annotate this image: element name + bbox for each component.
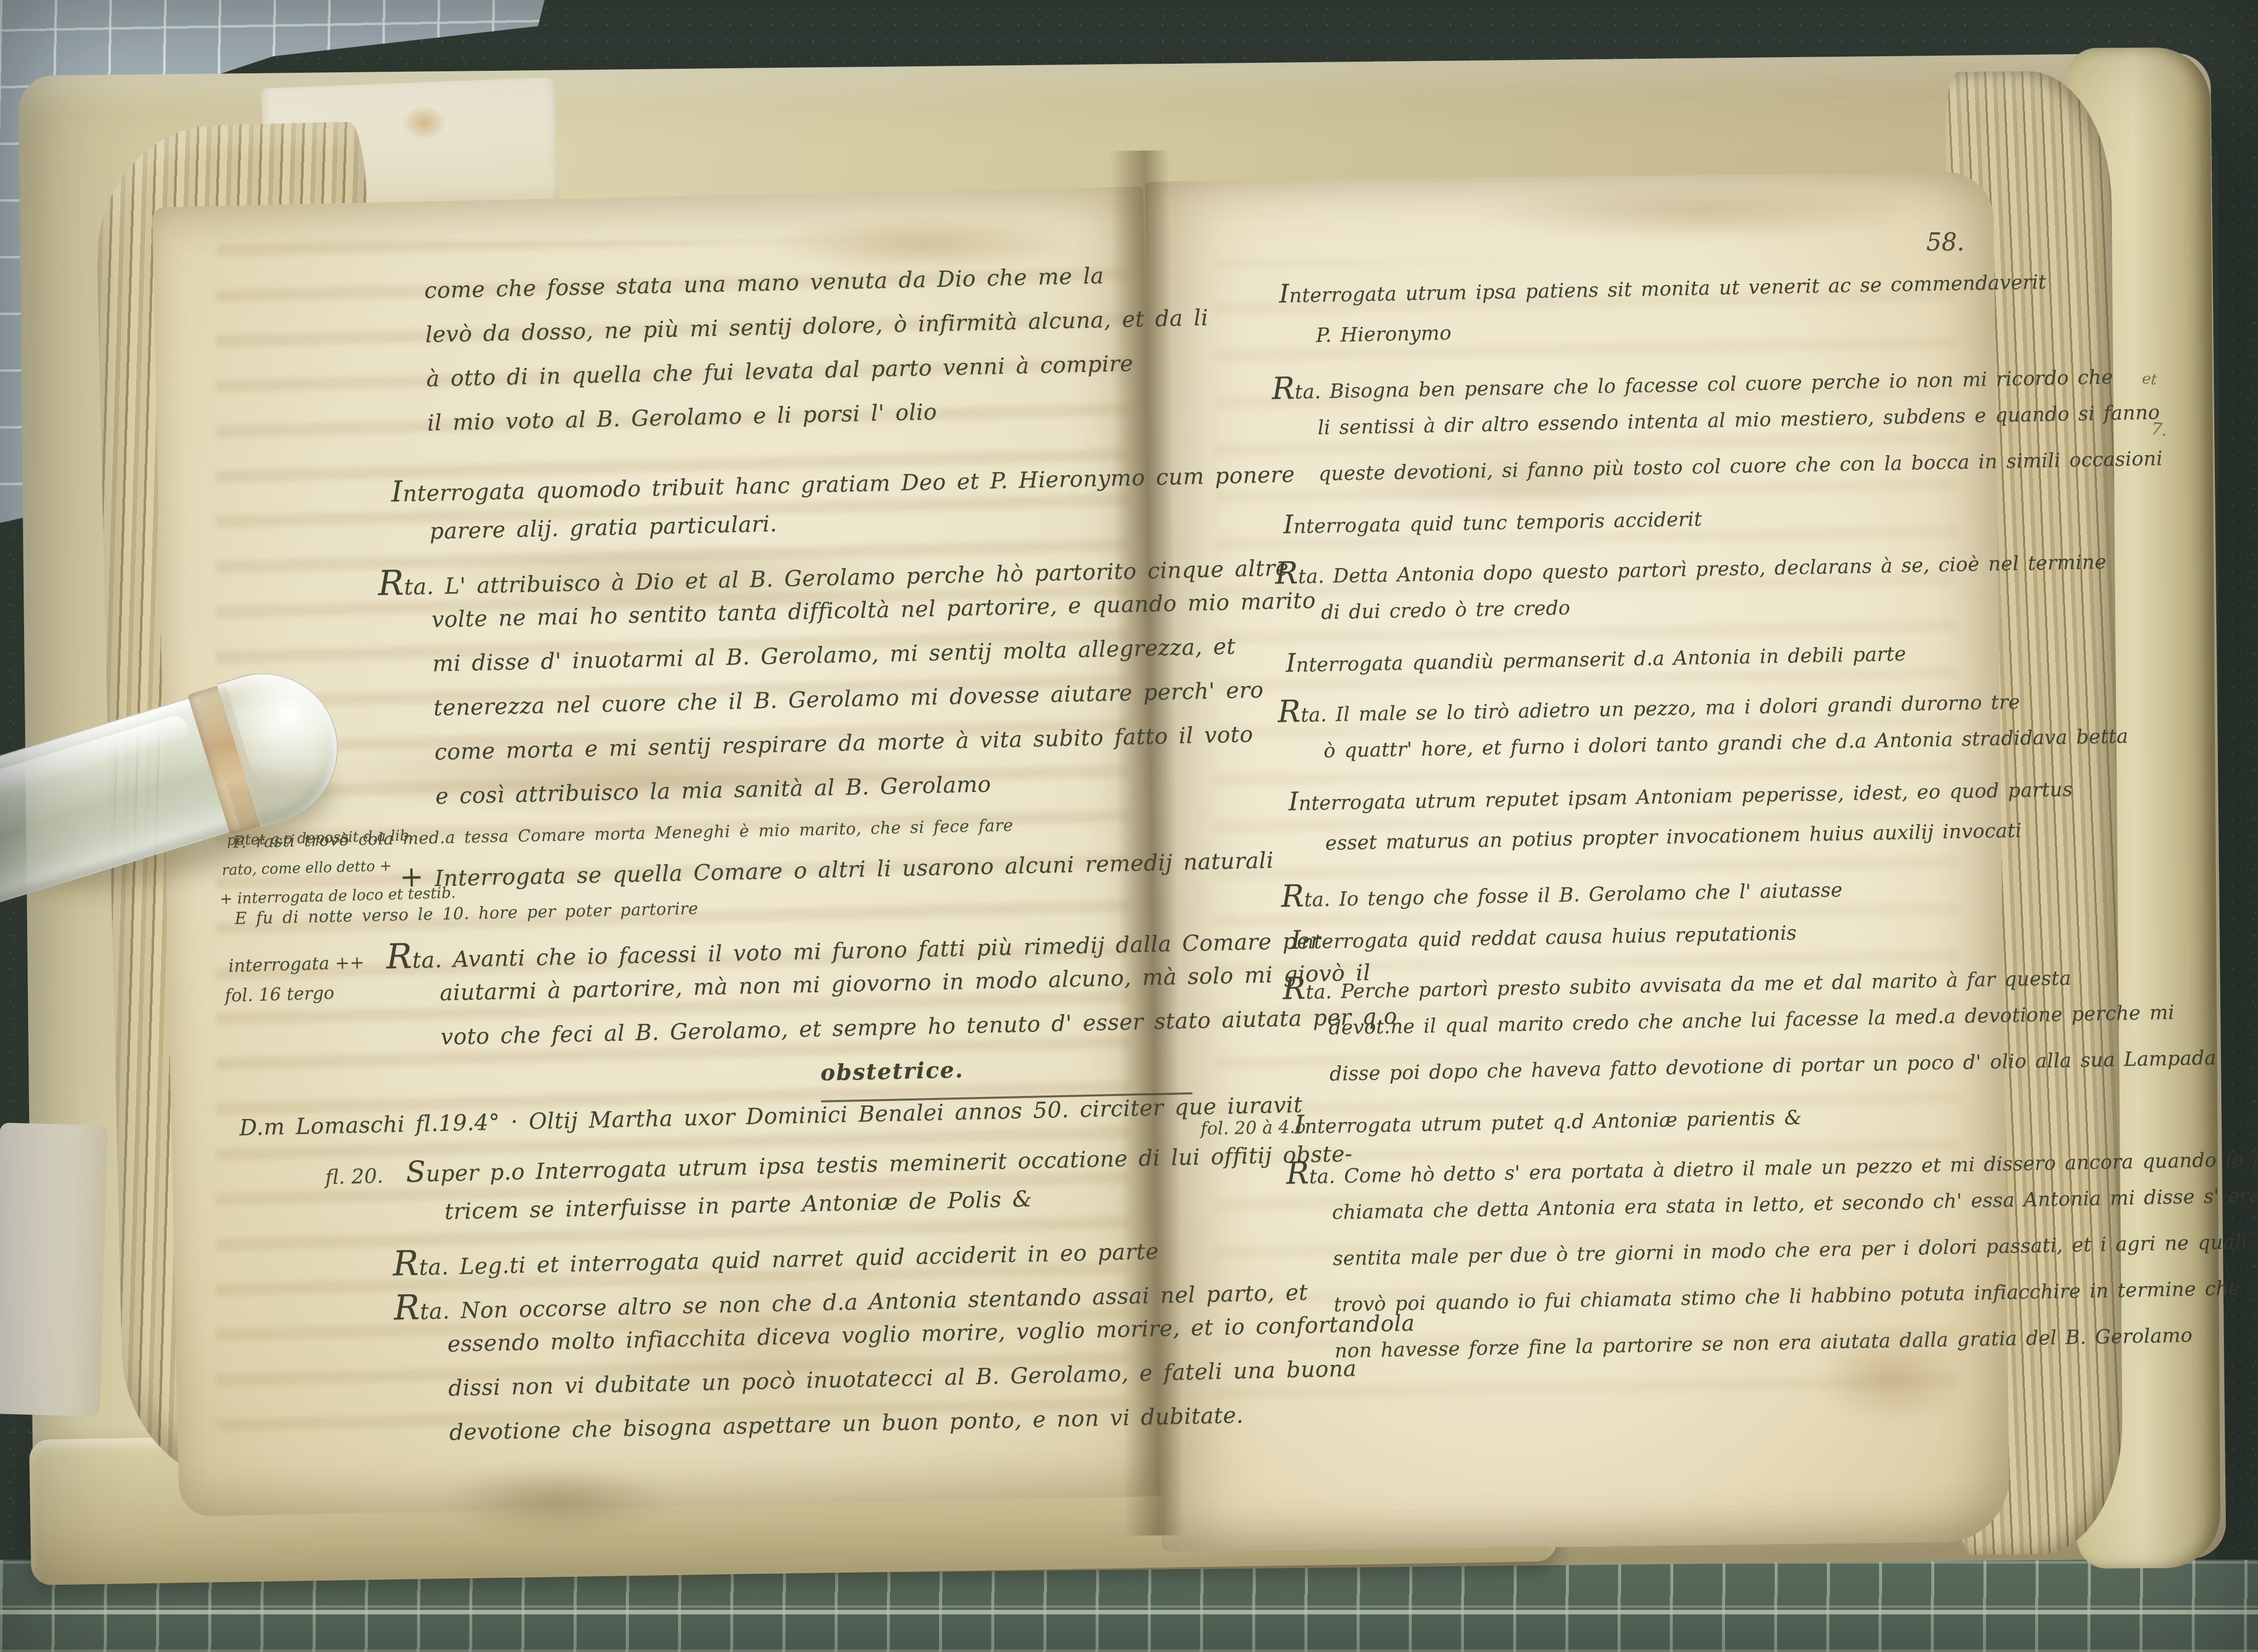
manuscript-line: obstetrice.: [820, 1052, 1192, 1103]
ink-stain: [1471, 181, 1922, 241]
fore-edge-mark: 7.: [2150, 419, 2168, 440]
manuscript-photo-scene: 58. come che fosse stata una mano venuta…: [0, 0, 2258, 1652]
margin-note-folio-ref: fol. 16 tergo: [225, 983, 335, 1006]
left-page-text: come che fosse stata una mano venuta da …: [371, 261, 1200, 1465]
margin-note-folio-ref: fl. 20.: [325, 1164, 383, 1189]
grid-bright-line: [0, 1610, 2258, 1614]
margin-note: interrogata ++: [228, 952, 365, 976]
ink-stain: [768, 216, 1079, 271]
ink-stain: [442, 1465, 673, 1536]
protruding-sheet-left: [0, 1123, 108, 1417]
page-number: 58.: [1926, 228, 1964, 256]
right-page-text: Interrogata utrum ipsa patiens sit monit…: [1270, 265, 2033, 1387]
paper-stain: [402, 105, 447, 141]
fore-edge-mark: et: [2141, 370, 2158, 389]
margin-note-folio-ref: fol. 20 à 4.o: [1201, 1117, 1306, 1139]
